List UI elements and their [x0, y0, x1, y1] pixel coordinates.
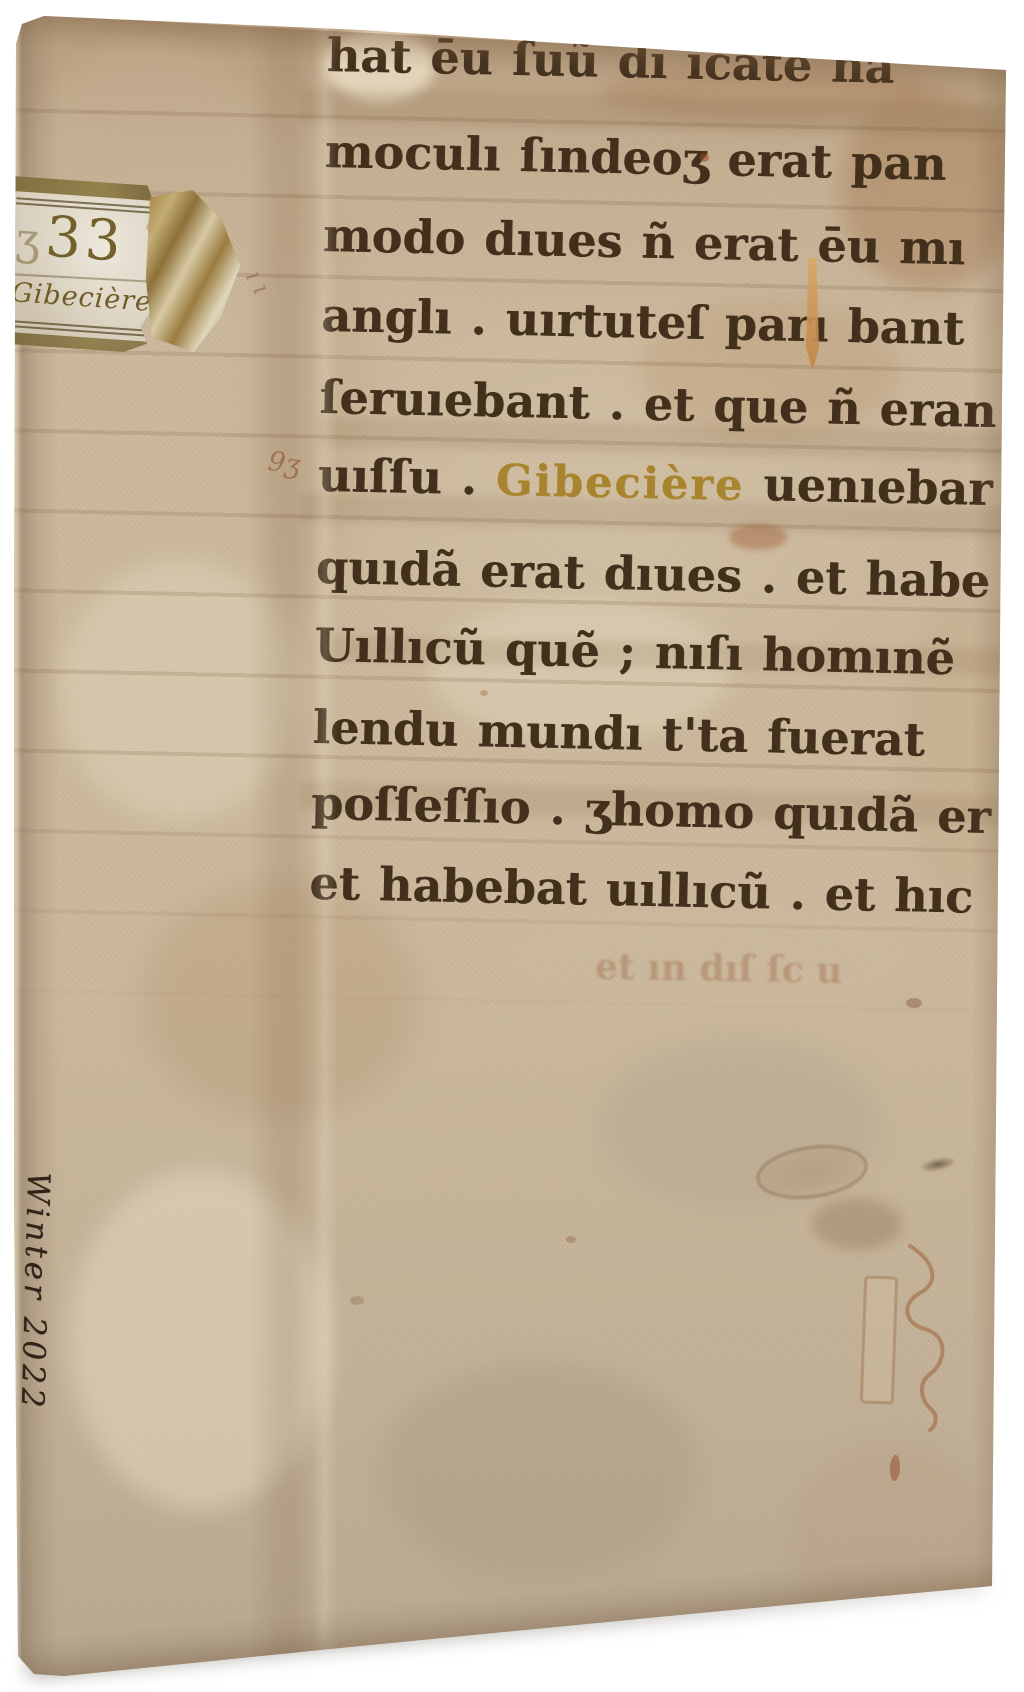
gold-title-word: Gibecière	[495, 456, 744, 511]
squiggle-mark	[880, 1238, 976, 1434]
manuscript-line: quıdã erat dıues . et habe	[316, 540, 991, 608]
stain-speck	[480, 690, 488, 696]
manuscript-line: uıſſu . Gibecière uenıebar	[317, 448, 992, 516]
ghost-text: et ın dıſ ſc u	[595, 946, 843, 992]
manuscript-line: anglı . uırtuteſ parı bant	[321, 288, 965, 355]
spine-fold-shading	[248, 20, 320, 1665]
manuscript-line: ſeruıebant . et que ñ eran	[319, 370, 997, 438]
book-photo: hat ēu ſuũ dı ıcate ha moculı ſındeoʒ er…	[0, 0, 1024, 1692]
label-flourish: ʒ	[14, 213, 46, 266]
book: hat ēu ſuũ dı ıcate ha moculı ſındeoʒ er…	[0, 0, 1024, 1692]
manuscript-line: et habebat uıllıcũ . et hıc	[309, 856, 974, 924]
right-edge-shading	[972, 60, 1006, 1590]
stain-speck	[350, 1296, 364, 1305]
dash-mark	[919, 1154, 957, 1174]
manuscript-line: lendu mundı t'ta fuerat	[312, 700, 925, 767]
stain-speck	[729, 524, 787, 550]
stain-speck	[889, 1455, 900, 1481]
manuscript-line: poſſeſſıo . ʒhomo quıdã er	[311, 776, 992, 844]
parchment-stain	[380, 1360, 700, 1580]
stain-speck	[906, 998, 922, 1008]
manuscript-line: Uıllıcũ quẽ ; nıſı homınẽ	[314, 618, 956, 685]
leaf-mark	[753, 1138, 871, 1205]
spine-fold-highlight	[312, 20, 338, 1665]
stain-speck	[566, 1236, 576, 1243]
spine-label-number: ʒ33	[14, 202, 127, 274]
manuscript-text: hat ēu ſuũ dı ıcate ha moculı ſındeoʒ er…	[307, 0, 1024, 1036]
bottom-edge-shading	[20, 1547, 1005, 1680]
manuscript-line: moculı ſındeoʒ erat pan	[324, 124, 947, 191]
stain-speck	[700, 153, 709, 162]
spine-label-title: Gibecière	[5, 277, 159, 319]
manuscript-line: modo dıues ñ erat ēu mı	[323, 208, 966, 275]
